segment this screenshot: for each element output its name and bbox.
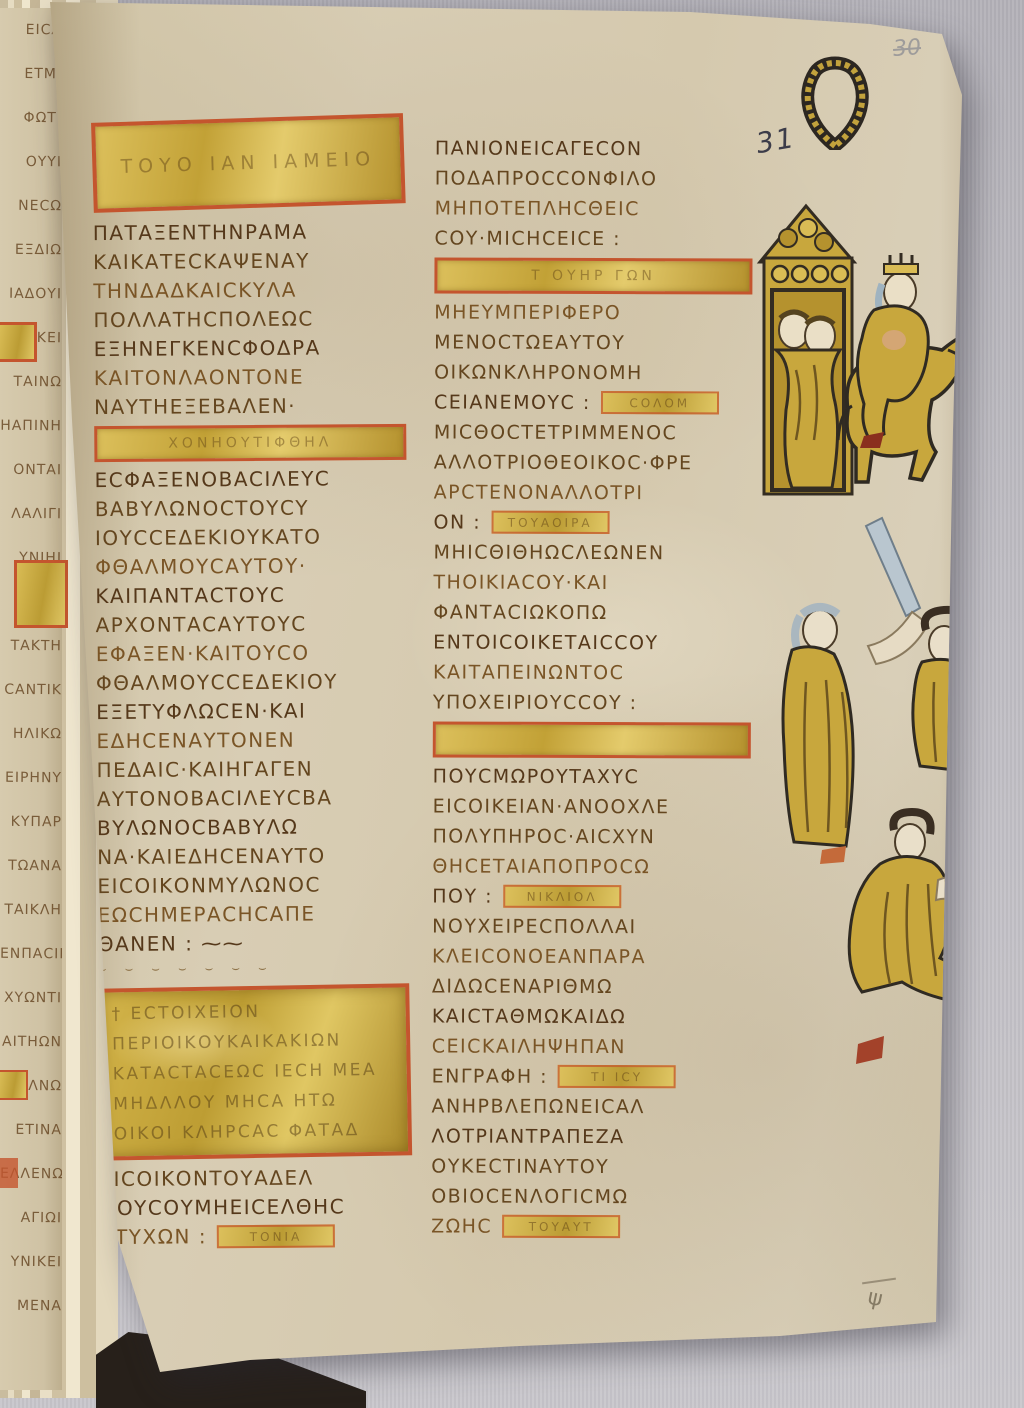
uncial-text-line: ΑΡϹΤΕΝΟΝΑΛΛΟΤΡΙ (434, 477, 752, 508)
gold-block-line: ΠΕΡΙΟΙΚΟΥΚΑΙΚΑΚΙΩΝ (112, 1030, 396, 1055)
quire-mark: ψ (866, 1285, 885, 1312)
uncial-text-line: ΠΟΛΥΠΗΡΟϹ·ΑΙϹΧΥΝ (432, 821, 750, 852)
uncial-text-line: ΜΗΕΥΜΠΕΡΙΦΕΡΟ (434, 297, 752, 328)
uncial-text-line: ΥΠΟΧΕΙΡΙΟΥϹϹΟΥ : (433, 687, 751, 718)
gold-heading-band: Τ ΟΥΗΡ ΓΩΝ (434, 257, 752, 294)
uncial-text-line: ΠΟΛΛΑΤΗϹΠΟΛΕΩϹ (93, 304, 405, 335)
miniature-sword-scene (762, 512, 1020, 1072)
inline-gold-band: ΤΙ ΙϹΥ (558, 1065, 676, 1088)
uncial-text-line: ΑΥΤΟΝΟΒΑϹΙΛΕΥϹΒΑ (97, 783, 409, 814)
gold-band-faint-text: Τ ΟΥΗΡ ΓΩΝ (531, 268, 656, 284)
uncial-text-line: ΒΥΛΩΝΟϹΒΑΒΥΛΩ (97, 812, 409, 843)
uncial-text-line: ΚΑΙϹΤΑΘΜΩΚΑΙΔΩ (432, 1001, 750, 1032)
gold-block-line: ΚΑΤΑϹΤΑϹΕΩϹ ΙΕϹΗ ΜΕΑ (113, 1060, 397, 1085)
uncial-text-line: ΕΦΑΞΕΝ·ΚΑΙΤΟΥϹΟ (96, 638, 408, 669)
left-text-column: ΤΟΥΟ ΙΑΝ ΙΑΜΕΙΟ ΠΑΤΑΞΕΝΤΗΝΡΑΜΑΚΑΙΚΑΤΕϹΚΑ… (92, 117, 412, 1252)
inline-gold-band: ΝΙΚΛΙΟΛ (503, 885, 621, 908)
page-shadow: 31 30 ψ ΤΟΥΟ ΙΑΝ ΙΑΜΕΙΟ ΠΑΤΑΞΕΝΤΗΝΡΑΜΑΚΑ… (0, 0, 1024, 1408)
uncial-text-line: ΕΔΗϹΕΝΑΥΤΟΝΕΝ (96, 725, 408, 756)
gold-title-band: ΤΟΥΟ ΙΑΝ ΙΑΜΕΙΟ (91, 113, 406, 213)
uncial-text-line: ΚΑΙΠΑΝΤΑϹΤΟΥϹ (95, 580, 407, 611)
uncial-text-line: ΠΟΔΑΠΡΟϹϹΟΝΦΙΛΟ (435, 163, 753, 194)
uncial-text-line: ΝΑ·ΚΑΙΕΔΗϹΕΝΑΥΤΟ (97, 841, 409, 872)
uncial-text-line: ΕΙϹΟΙΚΟΝΜΥΛΩΝΟϹ (97, 870, 409, 901)
uncial-text-line: ΜΗΠΟΤΕΠΛΗϹΘΕΙϹ (435, 193, 753, 224)
uncial-text-line: ΝΑΥΤΗΕΞΕΒΑΛΕΝ· (94, 391, 406, 422)
uncial-text-line: ΠΕΔΑΙϹ·ΚΑΙΗΓΑΓΕΝ (96, 754, 408, 785)
uncial-text-line: ΕΝΤΟΙϹΟΙΚΕΤΑΙϹϹΟΥ (433, 627, 751, 658)
uncial-text-line: ΚΛΕΙϹΟΝΟΕΑΝΠΑΡΑ (432, 941, 750, 972)
folio-number-ink: 31 (753, 121, 798, 160)
uncial-text-line: ΚΑΙΤΟΝΛΑΟΝΤΟΝΕ (94, 362, 406, 393)
inline-gold-band: ΤΟΥΑΟΙΡΑ (491, 511, 609, 534)
uncial-text-line: ΛΟΤΡΙΑΝΤΡΑΠΕΖΑ (431, 1121, 749, 1152)
uncial-text-line: ΠΑΝΙΟΝΕΙϹΑΓΕϹΟΝ (435, 133, 753, 164)
uncial-text-line: ΙΟΥϹϹΕΔΕΚΙΟΥΚΑΤΟ (95, 522, 407, 553)
gold-block-line: ΜΗΔΛΛΟΥ ΜΗϹΑ ΗΤΩ (113, 1090, 397, 1115)
uncial-text-line: ΜΙϹΘΟϹΤΕΤΡΙΜΜΕΝΟϹ (434, 417, 752, 448)
uncial-text-line: ΠΑΤΑΞΕΝΤΗΝΡΑΜΑ (93, 217, 405, 248)
uncial-text-line: ΕΙϹΟΙΚΟΝΤΟΥΑΔΕΛ (99, 1163, 411, 1194)
uncial-text-line: ΟΒΙΟϹΕΝΛΟΓΙϹΜΩ (431, 1181, 749, 1212)
uncial-text-line: ΑΝΗΡΒΛΕΠΩΝΕΙϹΑΛ (431, 1091, 749, 1122)
uncial-text-line: ΚΑΙΤΑΠΕΙΝΩΝΤΟϹ (433, 657, 751, 688)
uncial-text-line: ΤΗΝΔΑΔΚΑΙϹΚΥΛΑ (93, 275, 405, 306)
uncial-text-line: ΒΑΒΥΛΩΝΟϹΤΟΥϹΥ (95, 493, 407, 524)
uncial-text-line: ΜΗΙϹΘΙΘΗΩϹΛΕΩΝΕΝ (433, 537, 751, 568)
uncial-text-line: ΑΡΧΟΝΤΑϹΑΥΤΟΥϹ (95, 609, 407, 640)
quire-dash (862, 1278, 896, 1285)
uncial-text-line: ΑΤΥΧΩΝ :ΤΟΝΙΑ (100, 1221, 412, 1252)
miniature-king-on-horse (752, 200, 994, 502)
uncial-text-line: ΔΙΔΩϹΕΝΑΡΙΘΜΩ (432, 971, 750, 1002)
interlace-teardrop-ornament (793, 52, 877, 150)
uncial-text-line: ΕΞΗΝΕΓΚΕΝϹΦΟΔΡΑ (94, 333, 406, 364)
uncial-text-line: ΦΟΥϹΟΥΜΗΕΙϹΕΛΘΗϹ (100, 1192, 412, 1223)
uncial-text-line: ΕΩϹΗΜΕΡΑϹΗϹΑΠΕ (98, 899, 410, 930)
right-text-column: ΠΑΝΙΟΝΕΙϹΑΓΕϹΟΝΠΟΔΑΠΡΟϹϹΟΝΦΙΛΟΜΗΠΟΤΕΠΛΗϹ… (431, 133, 753, 1242)
uncial-text-line: ΕΙϹΟΙΚΕΙΑΝ·ΑΝΟΟΧΛΕ (433, 791, 751, 822)
uncial-text-line: ΕΞΕΤΥΦΛΩϹΕΝ·ΚΑΙ (96, 696, 408, 727)
right-column-lines: ΠΑΝΙΟΝΕΙϹΑΓΕϹΟΝΠΟΔΑΠΡΟϹϹΟΝΦΙΛΟΜΗΠΟΤΕΠΛΗϹ… (431, 133, 753, 1242)
gold-block-line: ΟΙΚΟΙ ΚΛΗΡϹΑϹ ΦΑΤΑΔ (114, 1120, 398, 1145)
uncial-text-line: ΠΟΥϹΜΩΡΟΥΤΑΧΥϹ (433, 761, 751, 792)
uncial-text-line: ΜΕΝΟϹΤΩΕΑΥΤΟΥ (434, 327, 752, 358)
uncial-text-line: ΚΑΙΚΑΤΕϹΚΑΨΕΝΑΥ (93, 246, 405, 277)
gold-title-block: † ΕϹΤΟΙΧΕΙΟΝΠΕΡΙΟΙΚΟΥΚΑΙΚΑΚΙΩΝΚΑΤΑϹΤΑϹΕΩ… (97, 983, 412, 1160)
uncial-text-line: ϹΟΥ·ΜΙϹΗϹΕΙϹΕ : (435, 223, 753, 254)
uncial-text-line: ΟΙΚΩΝΚΛΗΡΟΝΟΜΗ (434, 357, 752, 388)
uncial-text-line: ϹΕΙϹΚΑΙΛΗΨΗΠΑΝ (432, 1031, 750, 1062)
gold-title-text: ΤΟΥΟ ΙΑΝ ΙΑΜΕΙΟ (120, 148, 376, 178)
uncial-text-line: ΕϹΦΑΞΕΝΟΒΑϹΙΛΕΥϹ (94, 464, 406, 495)
gold-band-faint-text: ΧΟΝΗΟΥΤΙΦΘΗΛ (168, 434, 332, 451)
pen-flourish: ⌣ ⌣ ⌣ ⌣ ⌣ ⌣ ⌣ (98, 957, 410, 981)
uncial-text-line: ΠΟΥ :ΝΙΚΛΙΟΛ (432, 881, 750, 912)
inline-gold-band: ΤΟΥΑΥΤ (502, 1215, 620, 1238)
uncial-text-line: ΘΗϹΕΤΑΙΑΠΟΠΡΟϹΩ (432, 851, 750, 882)
uncial-text-line: ΝΟΥΧΕΙΡΕϹΠΟΛΛΑΙ (432, 911, 750, 942)
uncial-text-line: ϹΕΙΑΝΕΜΟΥϹ :ϹΟΛΟΜ (434, 387, 752, 418)
uncial-text-line: ΖΩΗϹΤΟΥΑΥΤ (431, 1211, 749, 1242)
uncial-text-line: ΦΑΝΤΑϹΙΩΚΟΠΩ (433, 597, 751, 628)
gold-heading-band: ΧΟΝΗΟΥΤΙΦΘΗΛ (94, 424, 406, 462)
uncial-text-line: ΕΝΓΡΑΦΗ :ΤΙ ΙϹΥ (432, 1061, 750, 1092)
left-column-lines: ΠΑΤΑΞΕΝΤΗΝΡΑΜΑΚΑΙΚΑΤΕϹΚΑΨΕΝΑΥΤΗΝΔΑΔΚΑΙϹΚ… (93, 217, 412, 1252)
gold-block-line: † ΕϹΤΟΙΧΕΙΟΝ (112, 1000, 396, 1025)
uncial-text-line: ΦΘΑΛΜΟΥϹΑΥΤΟΥ· (95, 551, 407, 582)
uncial-text-line: ΟΝ :ΤΟΥΑΟΙΡΑ (434, 507, 752, 538)
inline-gold-band: ΤΟΝΙΑ (217, 1224, 335, 1248)
uncial-text-line: ΟΥΚΕϹΤΙΝΑΥΤΟΥ (431, 1151, 749, 1182)
folio-number-pencil: 30 (892, 35, 922, 62)
manuscript-page: 31 30 ψ ΤΟΥΟ ΙΑΝ ΙΑΜΕΙΟ ΠΑΤΑΞΕΝΤΗΝΡΑΜΑΚΑ… (0, 0, 1024, 1408)
gold-heading-band (433, 721, 751, 758)
uncial-text-line: ΑΛΛΟΤΡΙΟΘΕΟΙΚΟϹ·ΦΡΕ (434, 447, 752, 478)
inline-gold-band: ϹΟΛΟΜ (601, 391, 719, 414)
uncial-text-line: ΤΗΟΙΚΙΑϹΟΥ·ΚΑΙ (433, 567, 751, 598)
uncial-text-line: ΦΘΑΛΜΟΥϹϹΕΔΕΚΙΟΥ (96, 667, 408, 698)
uncial-text-line: ΘΑΝΕΝ : ⁓⁓ (98, 928, 410, 959)
